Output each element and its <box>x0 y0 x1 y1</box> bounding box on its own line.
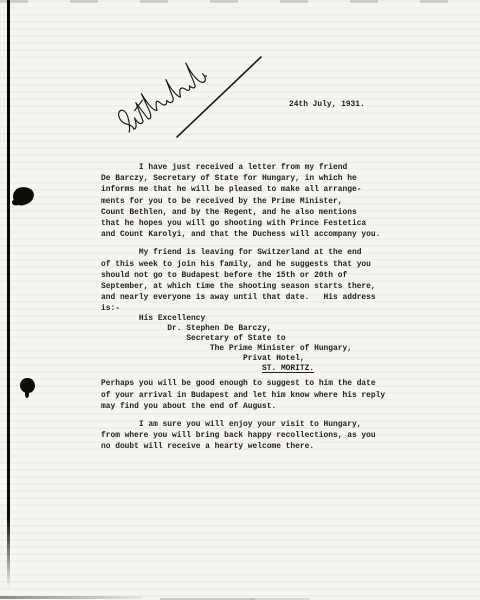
scan-noise-top-edge <box>0 0 480 3</box>
letter-line: is:- <box>101 303 385 314</box>
scan-smudge-bottom-left <box>0 596 142 599</box>
paragraph-4: I am sure you will enjoy your visit to H… <box>101 419 385 453</box>
address-block: His Excellency Dr. Stephen De Barczy, Se… <box>101 314 385 374</box>
letter-date: 24th July, 1931. <box>289 100 365 109</box>
letter-line: De Barczy, Secretary of State for Hungar… <box>101 173 385 184</box>
letter-line: ments for you to be received by the Prim… <box>101 196 385 207</box>
letter-line: September, at which time the shooting se… <box>101 281 385 292</box>
letter-line: My friend is leaving for Switzerland at … <box>101 247 385 258</box>
letter-line: Perhaps you will be good enough to sugge… <box>101 378 385 389</box>
letter-line: informs me that he will be pleased to ma… <box>101 184 385 195</box>
signature-ink-dot <box>205 75 207 77</box>
scan-edge-artifact-left <box>7 0 10 588</box>
letter-line: Secretary of State to <box>101 334 385 344</box>
hole-punch-mark-bottom <box>20 378 35 393</box>
letter-line: ST. MORITZ. <box>101 364 385 374</box>
paragraph-2: My friend is leaving for Switzerland at … <box>101 247 385 314</box>
letter-line: Dr. Stephen De Barczy, <box>101 324 385 334</box>
handwritten-annotation <box>105 45 275 145</box>
letter-line: Count Bethlen, and by the Regent, and he… <box>101 207 385 218</box>
scanned-letter-page: 24th July, 1931. I have just received a … <box>0 0 480 600</box>
letter-line: The Prime Minister of Hungary, <box>101 344 385 354</box>
letter-body: I have just received a letter from my fr… <box>101 162 385 460</box>
letter-line: I am sure you will enjoy your visit to H… <box>101 419 385 430</box>
letter-line: no doubt will receive a hearty welcome t… <box>101 441 385 452</box>
letter-line: from where you will bring back happy rec… <box>101 430 385 441</box>
letter-line: Privat Hotel, <box>101 354 385 364</box>
letter-line: of your arrival in Budapest and let him … <box>101 390 385 401</box>
hole-punch-mark-top <box>12 185 36 206</box>
letter-line: His Excellency <box>101 314 385 324</box>
letter-line: and Count Karolyi, and that the Duchess … <box>101 229 385 240</box>
letter-line: that he hopes you will go shooting with … <box>101 218 385 229</box>
letter-line: and nearly everyone is away until that d… <box>101 292 385 303</box>
paragraph-3: Perhaps you will be good enough to sugge… <box>101 378 385 412</box>
underlined-text: ST. MORITZ. <box>262 364 314 373</box>
letter-line: may find you about the end of August. <box>101 401 385 412</box>
letter-line: of this week to join his family, and he … <box>101 259 385 270</box>
letter-line: I have just received a letter from my fr… <box>101 162 385 173</box>
letter-line: should not go to Budapest before the 15t… <box>101 270 385 281</box>
paragraph-1: I have just received a letter from my fr… <box>101 162 385 240</box>
